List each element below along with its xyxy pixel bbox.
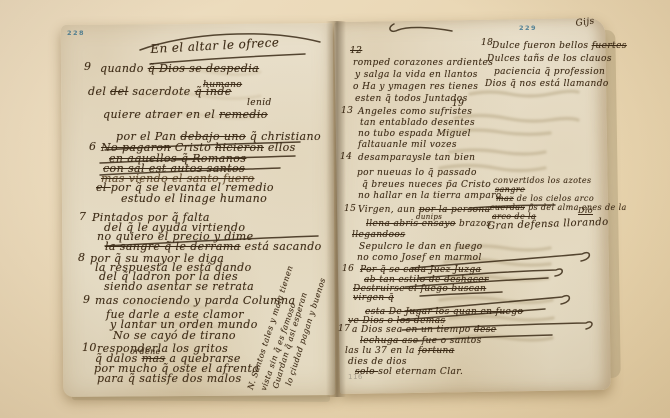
handwritten-line: y salga la vida en llantos — [355, 70, 478, 80]
handwritten-line: llegandoos — [352, 230, 405, 240]
handwritten-line: del del sacerdote q̃ inde — [88, 85, 232, 98]
handwritten-line: romped corazones ardientes — [353, 58, 493, 68]
handwritten-line: por nueuas lo q̃ passado — [357, 168, 477, 178]
handwritten-line: 14 — [340, 152, 352, 162]
handwritten-line: no hallar en la tierra amparo — [358, 191, 502, 201]
archive-stamp-left: 228 — [67, 29, 85, 37]
handwritten-line: 8 — [78, 251, 85, 264]
handwritten-line: no tubo espada Miguel — [358, 129, 471, 139]
handwritten-line: sangre — [495, 185, 525, 194]
handwritten-line: convertidos los azotes — [493, 176, 592, 185]
handwritten-line: 9 — [84, 60, 91, 73]
handwritten-line: 16 — [342, 264, 354, 274]
pencil-folio-number: 116 — [348, 373, 363, 381]
handwritten-line: lechuga ase fue o santos — [360, 336, 482, 346]
handwritten-line: para q̃ satisfe dos malos — [97, 372, 242, 385]
handwritten-line: quando q̃ Dios se despedia — [100, 62, 259, 75]
handwritten-line: En el altar le ofrece — [150, 35, 280, 56]
handwritten-line: a Dios sea en un tiempo dese — [352, 325, 496, 335]
handwritten-line: paciencia q̃ profession — [494, 67, 605, 77]
handwritten-line: q̃ breues nueces p̃a Cristo — [362, 180, 491, 190]
handwritten-line: quiere atraer en el remedio — [103, 108, 268, 121]
handwritten-line: Dios q̃ nos está llamando — [485, 79, 609, 89]
handwritten-line: tan entablado desentes — [360, 118, 475, 128]
handwritten-line: Dio — [578, 206, 593, 215]
handwritten-line: mas conociendo y parda Columna — [95, 294, 295, 307]
handwritten-line: 19 — [452, 99, 464, 109]
handwritten-line: siendo asentar se retrata — [104, 280, 254, 293]
handwritten-line: maz de los cielos arco — [496, 194, 594, 203]
handwritten-line: esten q̃ todos Juntados — [355, 94, 468, 104]
handwritten-line: o Ha y ymagen res tienes — [353, 82, 478, 92]
handwritten-line: 7 — [79, 210, 86, 223]
handwritten-line: No se cayó de tirano — [113, 329, 236, 342]
handwritten-line: 17 — [338, 324, 350, 334]
handwritten-line: 13 — [341, 106, 353, 116]
handwritten-line: solo sol eternam Clar. — [355, 367, 463, 377]
handwritten-line: Dulces tañs de los clauos — [487, 54, 612, 64]
handwritten-line: virgen q̃ — [353, 293, 394, 303]
handwritten-line: Gijs — [575, 16, 595, 29]
handwriting-layer: 228 229 116 En el altar le ofrece9quando… — [0, 0, 670, 418]
archive-stamp-right: 229 — [519, 24, 537, 32]
handwritten-line: desamparaysle tan bien — [358, 153, 475, 163]
manuscript-photo: 228 229 116 En el altar le ofrece9quando… — [0, 0, 670, 418]
handwritten-line: faltauanle mil vozes — [358, 140, 457, 150]
handwritten-line: 12 — [350, 46, 362, 56]
handwritten-line: 9 — [83, 293, 90, 306]
handwritten-line: Sepulcro le dan en fuego — [359, 242, 483, 252]
handwritten-line: dies de dios — [348, 357, 407, 367]
handwritten-line: llena abris ensayo brazos — [366, 219, 492, 229]
handwritten-line: estudo el linage humano — [121, 192, 267, 205]
handwritten-line: cuerdas p̃s del alma enes de la — [490, 203, 627, 212]
handwritten-line: 15 — [344, 204, 356, 214]
handwritten-line: no como Josef en marmol — [357, 253, 482, 263]
handwritten-line: lenid — [247, 98, 272, 108]
handwritten-line: Dulce fueron bellos fuertes — [492, 41, 627, 51]
handwritten-line: 6 — [89, 140, 96, 153]
handwritten-line: Por q̃ se cada Juez Juzga — [360, 265, 481, 275]
handwritten-line: las lu 37 en la fortuna — [345, 346, 455, 356]
